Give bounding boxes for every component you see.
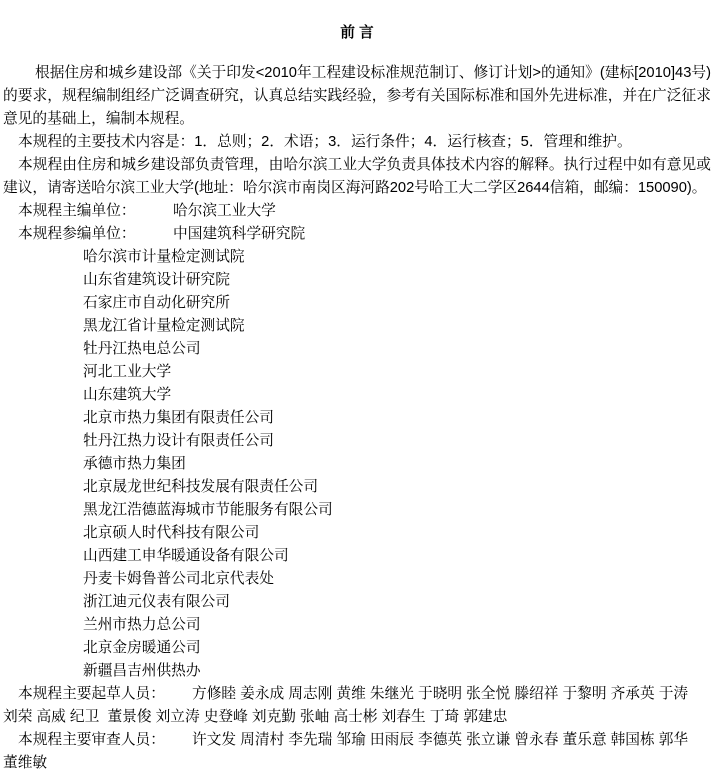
participating-unit: 北京晟龙世纪科技发展有限责任公司: [83, 476, 711, 499]
chief-editor-line: 本规程主编单位：哈尔滨工业大学: [3, 200, 711, 223]
participating-units-line: 本规程参编单位：中国建筑科学研究院: [3, 223, 711, 246]
participating-unit: 牡丹江热力设计有限责任公司: [83, 430, 711, 453]
intro-paragraph: 根据住房和城乡建设部《关于印发<2010年工程建设标准规范制订、修订计划>的通知…: [3, 62, 711, 131]
participating-unit-first: 中国建筑科学研究院: [173, 226, 305, 242]
drafters-line: 本规程主要起草人员：方修睦 姜永成 周志刚 黄维 朱继光 于晓明 张全悦 滕绍祥…: [3, 683, 711, 706]
drafters-names-line2: 刘荣 高威 纪卫 董景俊 刘立涛 史登峰 刘克勤 张岫 高士彬 刘春生 丁琦 郭…: [3, 706, 711, 729]
participating-unit: 浙江迪元仪表有限公司: [83, 591, 711, 614]
reviewers-line: 本规程主要审查人员：许文发 周清村 李先瑞 邹瑜 田雨辰 李德英 张立谦 曾永春…: [3, 729, 711, 752]
participating-unit: 牡丹江热电总公司: [83, 338, 711, 361]
participating-unit: 黑龙江浩德蓝海城市节能服务有限公司: [83, 499, 711, 522]
chief-editor-label: 本规程主编单位：: [18, 200, 173, 223]
chief-editor-value: 哈尔滨工业大学: [173, 203, 276, 219]
technical-contents-paragraph: 本规程的主要技术内容是：1．总则；2．术语；3．运行条件；4．运行核查；5．管理…: [3, 131, 711, 154]
participating-unit: 河北工业大学: [83, 361, 711, 384]
participating-unit: 哈尔滨市计量检定测试院: [83, 246, 711, 269]
participating-unit: 黑龙江省计量检定测试院: [83, 315, 711, 338]
reviewers-label: 本规程主要审查人员：: [18, 729, 192, 752]
participating-unit: 兰州市热力总公司: [83, 614, 711, 637]
reviewers-names-line2: 董维敏: [3, 752, 711, 775]
participating-unit: 北京金房暖通公司: [83, 637, 711, 660]
participating-unit: 山东省建筑设计研究院: [83, 269, 711, 292]
participating-unit: 承德市热力集团: [83, 453, 711, 476]
participating-units-label: 本规程参编单位：: [18, 223, 173, 246]
drafters-names-line1: 方修睦 姜永成 周志刚 黄维 朱继光 于晓明 张全悦 滕绍祥 于黎明 齐承英 于…: [192, 686, 688, 702]
participating-unit: 丹麦卡姆鲁普公司北京代表处: [83, 568, 711, 591]
participating-unit: 北京市热力集团有限责任公司: [83, 407, 711, 430]
participating-unit-list: 哈尔滨市计量检定测试院山东省建筑设计研究院石家庄市自动化研究所黑龙江省计量检定测…: [3, 246, 711, 683]
participating-unit: 山西建工申华暖通设备有限公司: [83, 545, 711, 568]
drafters-label: 本规程主要起草人员：: [18, 683, 192, 706]
participating-unit: 北京硕人时代科技有限公司: [83, 522, 711, 545]
management-paragraph: 本规程由住房和城乡建设部负责管理，由哈尔滨工业大学负责具体技术内容的解释。执行过…: [3, 154, 711, 200]
participating-unit: 新疆昌吉州供热办: [83, 660, 711, 683]
foreword-page: 前 言 根据住房和城乡建设部《关于印发<2010年工程建设标准规范制订、修订计划…: [0, 0, 717, 775]
page-title: 前 言: [3, 22, 711, 45]
reviewers-names-line1: 许文发 周清村 李先瑞 邹瑜 田雨辰 李德英 张立谦 曾永春 董乐意 韩国栋 郭…: [192, 732, 688, 748]
participating-unit: 石家庄市自动化研究所: [83, 292, 711, 315]
participating-unit: 山东建筑大学: [83, 384, 711, 407]
